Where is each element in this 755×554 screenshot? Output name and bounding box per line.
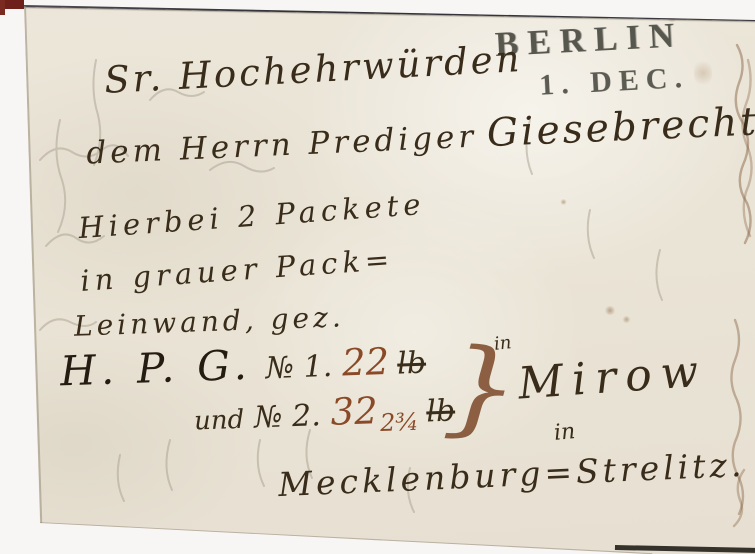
parcel-line-2: und№ 2.322¾lb — [193, 386, 456, 443]
fox-spot — [622, 316, 631, 323]
note-line-1: Hierbei 2 Packete — [77, 187, 426, 245]
scanned-letter-cover: BERLIN 1. DEC. Sr. Hochehrwürden dem Her… — [0, 0, 755, 554]
destination-town: Mirow — [516, 345, 708, 409]
fox-spot — [694, 58, 712, 88]
parcel-2-prefix: und — [194, 405, 245, 437]
note-line-2: in grauer Pack= — [79, 242, 395, 298]
address-recipient-line: dem Herrn PredigerGiesebrecht — [85, 99, 755, 173]
fox-spot — [560, 199, 567, 205]
fox-spot — [604, 306, 616, 315]
letter-paper: BERLIN 1. DEC. Sr. Hochehrwürden dem Her… — [0, 0, 755, 554]
postmark-date: 1. DEC. — [538, 61, 689, 103]
parcel-1-label: № 1. — [265, 349, 333, 386]
pound-symbol: lb — [397, 346, 427, 382]
parcel-2-weight-correction: 2¾ — [380, 408, 419, 437]
parcel-2-weight: 32 — [330, 389, 379, 434]
postmark-city: BERLIN — [494, 15, 688, 65]
scan-corner-red-strip-edge — [0, 0, 5, 15]
parcel-line-1: H. P. G.№ 1.22lb — [59, 335, 426, 396]
postmark: BERLIN 1. DEC. — [494, 15, 690, 105]
recipient-name: Giesebrecht — [486, 99, 755, 156]
destination-in-upper: in — [493, 332, 512, 355]
destination-region: Mecklenburg=Strelitz. — [277, 445, 746, 504]
sender-initials: H. P. G. — [59, 341, 252, 396]
paper-top-edge — [22, 4, 755, 21]
parcel-1-weight: 22 — [341, 340, 390, 385]
address-salutation: Sr. Hochehrwürden — [103, 37, 523, 102]
recipient-prefix: dem Herrn Prediger — [86, 119, 478, 172]
paper-left-edge — [24, 6, 42, 526]
note-line-3: Leinwand, gez. — [74, 300, 346, 342]
destination-in-lower: in — [553, 419, 576, 446]
parcel-2-label: № 2. — [254, 398, 322, 435]
paper-bottom-edge — [38, 522, 652, 554]
